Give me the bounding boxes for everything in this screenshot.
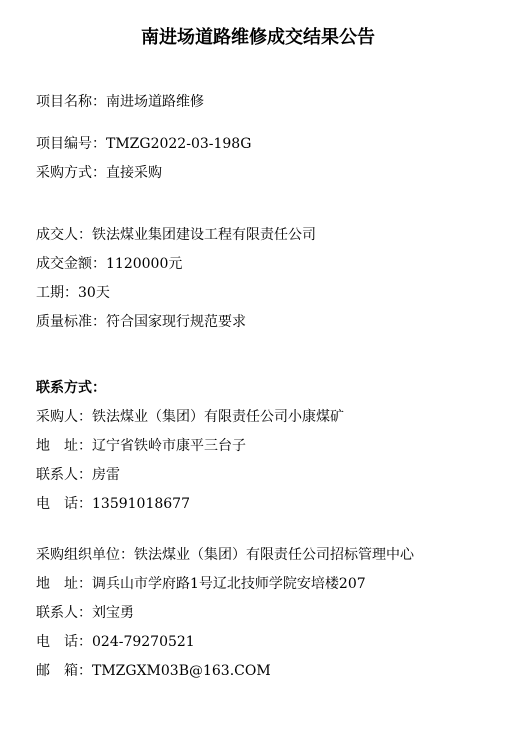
field-organizer-email: 邮 箱：TMZGXM03B@163.COM [36,657,480,686]
field-label: 地 址： [36,438,92,454]
field-label: 电 话： [36,634,92,650]
field-value: TMZG2022-03-198G [106,136,251,152]
field-label: 工期： [36,285,78,301]
field-organizer-unit: 采购组织单位：铁法煤业（集团）有限责任公司招标管理中心 [36,541,480,570]
field-quality-standard: 质量标准：符合国家现行规范要求 [36,308,480,337]
field-purchaser: 采购人：铁法煤业（集团）有限责任公司小康煤矿 [36,403,480,432]
field-label: 项目名称： [36,94,106,110]
field-value: 南进场道路维修 [106,94,204,110]
field-value: 直接采购 [106,165,162,181]
field-organizer-address: 地 址：调兵山市学府路1号辽北技师学院安培楼207 [36,570,480,599]
field-value: 辽宁省铁岭市康平三台子 [92,438,246,454]
field-purchaser-address: 地 址：辽宁省铁岭市康平三台子 [36,432,480,461]
field-label: 联系人： [36,467,92,483]
field-purchaser-phone: 电 话：13591018677 [36,490,480,519]
field-project-number: 项目编号：TMZG2022-03-198G [36,130,480,159]
field-value: 房雷 [92,467,120,483]
field-label: 采购人： [36,409,92,425]
field-winner: 成交人：铁法煤业集团建设工程有限责任公司 [36,221,480,250]
contact-section-heading: 联系方式： [36,374,480,403]
page-title: 南进场道路维修成交结果公告 [36,26,480,50]
field-procurement-method: 采购方式：直接采购 [36,159,480,188]
field-label: 邮 箱： [36,663,92,679]
field-value: 024-79270521 [92,634,195,650]
field-value: 13591018677 [92,496,190,512]
field-project-name: 项目名称：南进场道路维修 [36,88,480,117]
field-value: 1120000元 [106,256,182,272]
field-organizer-phone: 电 话：024-79270521 [36,628,480,657]
field-value: 调兵山市学府路1号辽北技师学院安培楼207 [92,576,366,592]
field-value: 30天 [78,285,110,301]
field-organizer-contact-person: 联系人：刘宝勇 [36,599,480,628]
field-value: 铁法煤业（集团）有限责任公司招标管理中心 [134,547,414,563]
field-label: 联系人： [36,605,92,621]
field-label: 采购方式： [36,165,106,181]
field-label: 电 话： [36,496,92,512]
announcement-document: 南进场道路维修成交结果公告 项目名称：南进场道路维修 项目编号：TMZG2022… [0,0,514,746]
field-value: 铁法煤业集团建设工程有限责任公司 [92,227,316,243]
field-construction-period: 工期：30天 [36,279,480,308]
field-label: 采购组织单位： [36,547,134,563]
field-value: 铁法煤业（集团）有限责任公司小康煤矿 [92,409,344,425]
field-value: 刘宝勇 [92,605,134,621]
field-label: 地 址： [36,576,92,592]
field-label: 成交人： [36,227,92,243]
field-value: TMZGXM03B@163.COM [92,663,271,679]
field-value: 符合国家现行规范要求 [106,314,246,330]
field-label: 项目编号： [36,136,106,152]
field-purchaser-contact-person: 联系人：房雷 [36,461,480,490]
field-label: 质量标准： [36,314,106,330]
field-award-amount: 成交金额：1120000元 [36,250,480,279]
field-label: 成交金额： [36,256,106,272]
